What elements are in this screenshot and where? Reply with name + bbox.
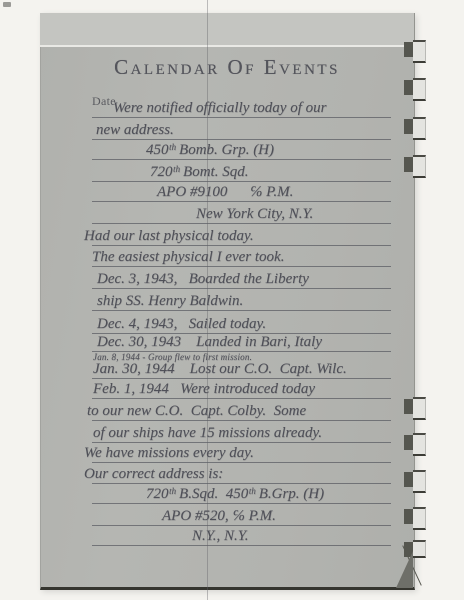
rule-line bbox=[92, 462, 391, 463]
handwritten-line: Dec. 3, 1943, Boarded the Liberty bbox=[97, 272, 309, 287]
rule-line bbox=[92, 223, 391, 224]
handwritten-line: 720ᵗʰ B.Sqd. 450ᵗʰ B.Grp. (H) bbox=[146, 487, 324, 502]
binder-tab bbox=[413, 155, 426, 178]
handwritten-line: Had our last physical today. bbox=[84, 229, 254, 244]
binder-notch-hole bbox=[404, 472, 413, 487]
rule-line bbox=[92, 288, 391, 289]
handwritten-line: Feb. 1, 1944 Were introduced today bbox=[93, 382, 315, 397]
binder-notch-hole bbox=[404, 435, 413, 450]
rule-line bbox=[92, 398, 391, 399]
rule-line bbox=[92, 181, 391, 182]
rule-line bbox=[92, 545, 391, 546]
binder-tab bbox=[413, 433, 426, 456]
handwritten-line: 450ᵗʰ Bomb. Grp. (H) bbox=[146, 143, 274, 158]
handwritten-line: The easiest physical I ever took. bbox=[92, 250, 284, 265]
scan-artifact-speck bbox=[3, 2, 11, 7]
rule-line bbox=[92, 378, 391, 379]
rule-line bbox=[92, 159, 391, 160]
handwritten-line: N.Y., N.Y. bbox=[192, 529, 248, 544]
rule-line bbox=[92, 117, 391, 118]
handwritten-line: Dec. 30, 1943 Landed in Bari, Italy bbox=[97, 335, 322, 350]
handwritten-line: APO #520, ℅ P.M. bbox=[162, 509, 276, 524]
handwritten-line: to our new C.O. Capt. Colby. Some bbox=[87, 404, 306, 419]
handwritten-line: ship SS. Henry Baldwin. bbox=[97, 294, 243, 309]
page-title: Calendar Of Events bbox=[40, 55, 414, 80]
binder-tab bbox=[413, 40, 426, 63]
binder-tab bbox=[413, 78, 426, 101]
rule-line bbox=[92, 483, 391, 484]
handwritten-line: Dec. 4, 1943, Sailed today. bbox=[97, 317, 266, 332]
rule-line bbox=[92, 310, 391, 311]
handwritten-line: 720ᵗʰ Bomt. Sqd. bbox=[150, 165, 248, 180]
page-curl bbox=[396, 551, 413, 588]
binder-notch-hole bbox=[404, 119, 413, 134]
binder-tab bbox=[413, 470, 426, 493]
rule-line bbox=[92, 245, 391, 246]
handwritten-line: new address. bbox=[96, 123, 174, 138]
binder-tab bbox=[413, 540, 426, 558]
page-top-band bbox=[40, 13, 414, 47]
rule-line bbox=[92, 442, 391, 443]
handwritten-line: Were notified officially today of our bbox=[113, 101, 326, 116]
binder-notch-hole bbox=[404, 80, 413, 95]
handwritten-line: New York City, N.Y. bbox=[196, 207, 313, 222]
binder-notch-hole bbox=[404, 509, 413, 524]
handwritten-line: We have missions every day. bbox=[84, 446, 254, 461]
binder-notch-hole bbox=[404, 399, 413, 414]
handwritten-line: Jan. 30, 1944 Lost our C.O. Capt. Wilc. bbox=[93, 362, 347, 377]
rule-line bbox=[92, 420, 391, 421]
handwritten-line: APO #9100 ℅ P.M. bbox=[157, 185, 293, 200]
fold-crease bbox=[207, 0, 208, 600]
binder-tab bbox=[413, 397, 426, 420]
rule-line bbox=[92, 503, 391, 504]
binder-notch-hole bbox=[404, 42, 413, 57]
binder-tab bbox=[413, 117, 426, 140]
binder-notch-hole bbox=[404, 157, 413, 172]
rule-line bbox=[92, 139, 391, 140]
rule-line bbox=[92, 525, 391, 526]
rule-line bbox=[92, 266, 391, 267]
binder-tab bbox=[413, 507, 426, 530]
handwritten-line: Our correct address is: bbox=[84, 467, 223, 482]
scanned-journal-page: Calendar Of Events Date Were notified of… bbox=[0, 0, 464, 600]
rule-line bbox=[92, 201, 391, 202]
